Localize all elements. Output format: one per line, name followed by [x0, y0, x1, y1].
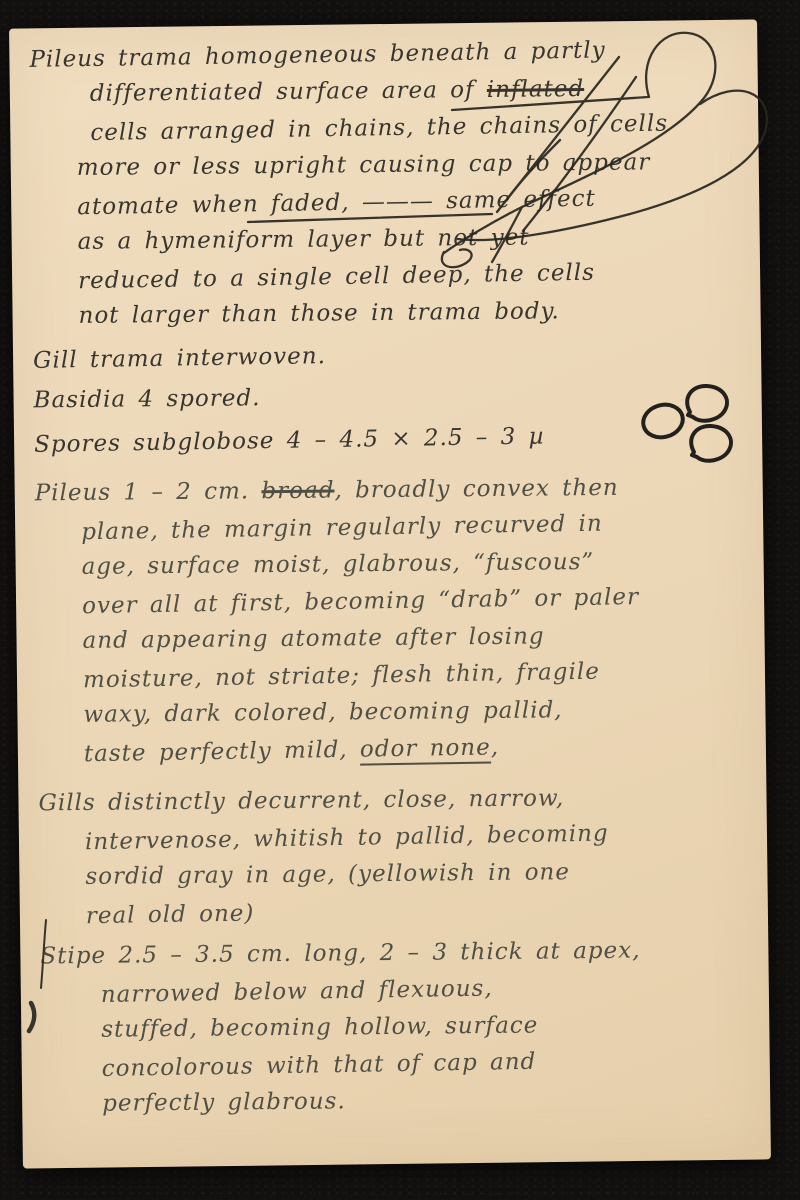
- handwritten-segment: over all at first, becoming “drab” or pa…: [82, 584, 639, 619]
- handwritten-segment: Pileus trama homogeneous beneath a partl…: [29, 37, 606, 73]
- handwritten-segment: age, surface moist, glabrous, “fuscous”: [82, 549, 595, 580]
- handwritten-segment: Gill trama interwoven.: [33, 343, 326, 374]
- handwritten-segment: perfectly glabrous.: [102, 1088, 346, 1116]
- handwritten-segment: not larger than those in trama body.: [78, 298, 559, 329]
- handwritten-line: perfectly glabrous.: [102, 1079, 760, 1122]
- handwritten-line: Gill trama interwoven.: [33, 331, 752, 380]
- handwritten-segment: plane, the margin regularly recurved in: [81, 511, 603, 546]
- handwritten-segment-struck: broad: [261, 478, 334, 505]
- handwritten-segment: sordid gray in age, (yellowish in one: [85, 859, 570, 890]
- handwritten-segment: stuffed, becoming hollow, surface: [101, 1013, 538, 1043]
- handwritten-segment: concolorous with that of cap and: [102, 1049, 537, 1082]
- handwritten-segment: Stipe 2.5 – 3.5 cm. long, 2 – 3 thick at…: [40, 938, 640, 970]
- handwritten-segment: more or less upright causing cap to appe…: [77, 149, 651, 181]
- handwritten-segment: narrowed below and flexuous,: [101, 976, 493, 1008]
- handwritten-segment: ,: [491, 734, 500, 760]
- handwritten-segment: Basidia 4 spored.: [33, 385, 260, 413]
- handwritten-line: not larger than those in trama body.: [78, 291, 750, 334]
- handwritten-segment: intervenose, whitish to pallid, becoming: [85, 821, 609, 856]
- handwritten-segment: as a hymeniform layer but not yet: [78, 225, 530, 255]
- handwritten-segment: cells arranged in chains, the chains of …: [90, 110, 668, 146]
- handwritten-line: Basidia 4 spored.: [33, 376, 751, 420]
- handwritten-segment: waxy, dark colored, becoming pallid,: [83, 697, 562, 728]
- handwritten-segment: Spores subglobose 4 – 4.5 × 2.5 – 3 µ: [34, 423, 545, 457]
- handwritten-segment: reduced to a single cell deep, the cells: [78, 260, 595, 295]
- photo-of-handwritten-note: { "page": { "background_color": "#131110…: [0, 0, 800, 1200]
- handwritten-segment: taste perfectly mild,: [84, 737, 360, 768]
- handwritten-segment: moisture, not striate; flesh thin, fragi…: [83, 659, 600, 694]
- handwritten-segment-struck: inflated: [487, 76, 585, 103]
- handwritten-segment: differentiated surface area of: [90, 77, 487, 107]
- handwritten-segment: and appearing atomate after losing: [82, 623, 544, 653]
- handwritten-line: Spores subglobose 4 – 4.5 × 2.5 – 3 µ: [34, 415, 753, 464]
- handwritten-segment-underline: odor none: [360, 734, 491, 765]
- handwritten-segment: , broadly convex then: [334, 475, 618, 504]
- handwritten-segment: Pileus 1 – 2 cm.: [35, 478, 262, 506]
- handwritten-lines: Pileus trama homogeneous beneath a partl…: [27, 32, 760, 1125]
- handwritten-segment: Gills distinctly decurrent, close, narro…: [38, 785, 564, 816]
- handwritten-segment: real old one): [86, 900, 255, 929]
- note-card-paper: Pileus trama homogeneous beneath a partl…: [9, 19, 771, 1168]
- handwritten-segment: atomate when faded, ——— same effect: [77, 186, 596, 221]
